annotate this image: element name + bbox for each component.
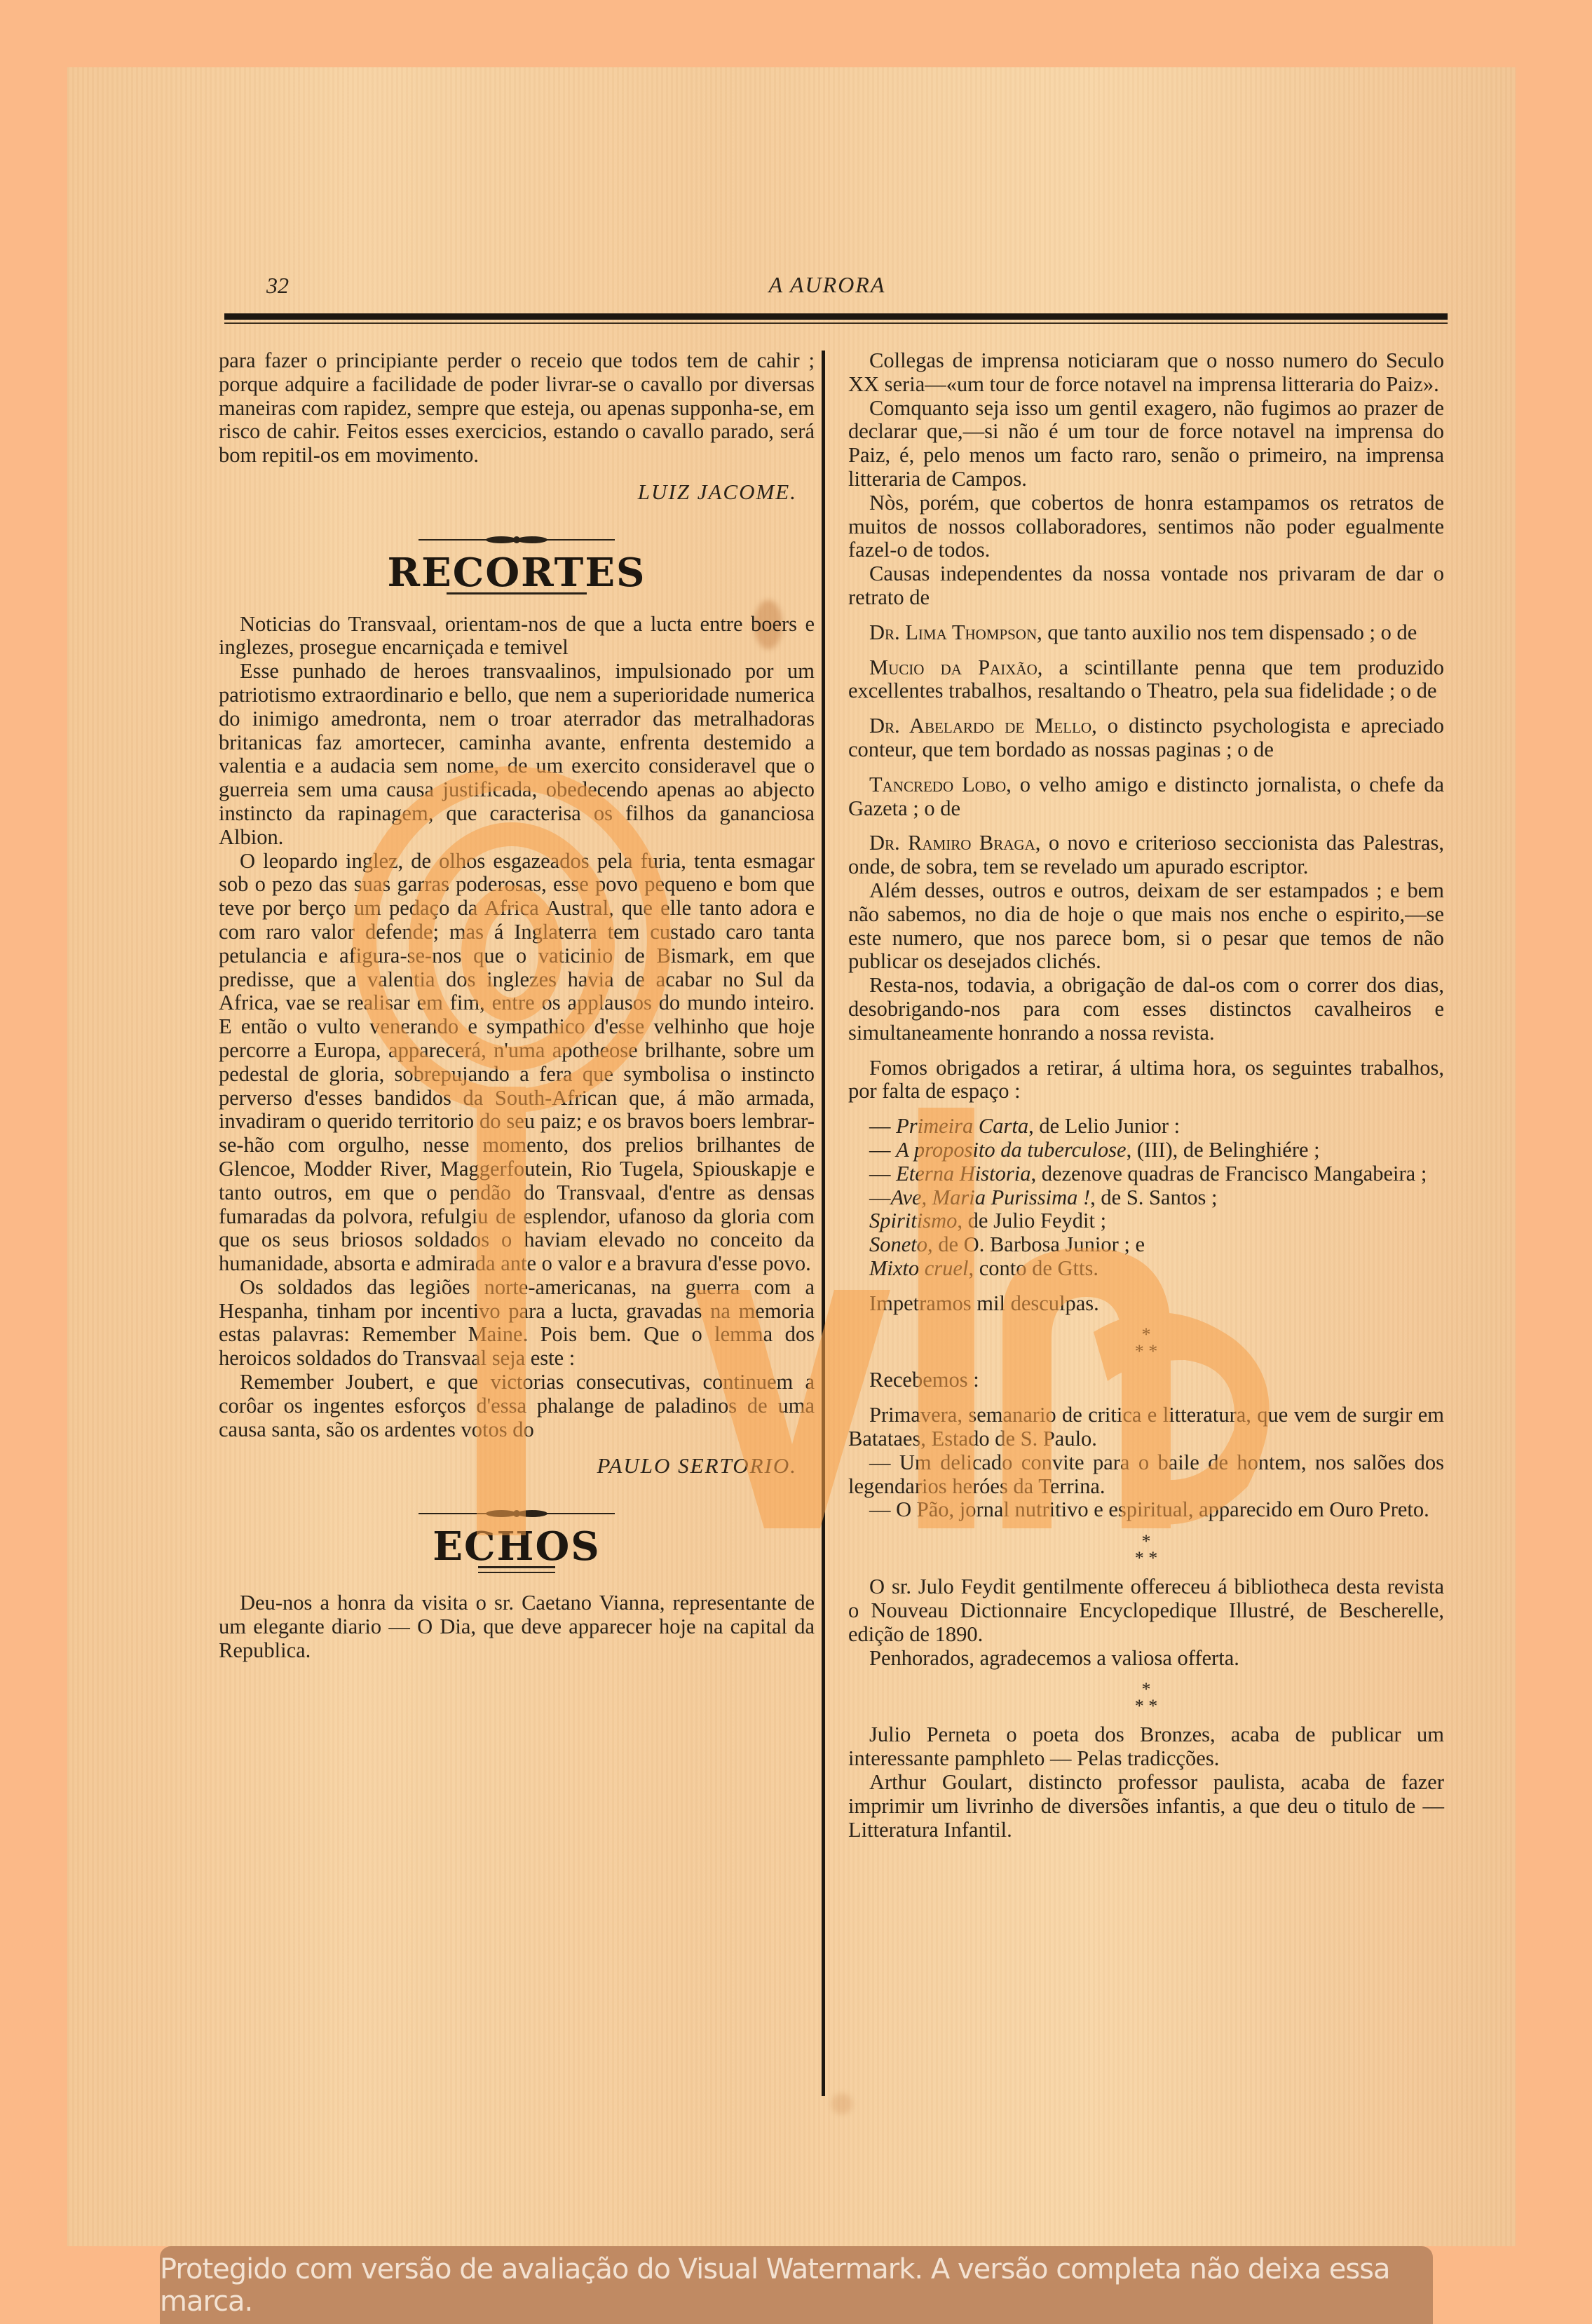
ornament-divider-icon xyxy=(419,1506,615,1521)
paragraph: Collegas de imprensa noticiaram que o no… xyxy=(848,349,1444,397)
withdrawn-item: Spiritismo, de Julio Feydit ; xyxy=(848,1209,1444,1233)
portrait-entry: Dr. Abelardo de Mello, o distincto psych… xyxy=(848,714,1444,762)
paragraph: Resta-nos, todavia, a obrigação de dal-o… xyxy=(848,974,1444,1045)
watermark-text: Protegido com versão de avaliação do Vis… xyxy=(160,2253,1433,2318)
received-item: — O Pão, jornal nutritivo e espiritual, … xyxy=(848,1498,1444,1522)
paragraph: Penhorados, agradecemos a valiosa offert… xyxy=(848,1647,1444,1671)
asterism-icon: ** * xyxy=(848,1681,1444,1715)
paragraph: Julio Perneta o poeta dos Bronzes, acaba… xyxy=(848,1723,1444,1771)
paragraph: Impetramos mil desculpas. xyxy=(848,1292,1444,1316)
paragraph: Causas independentes da nossa vontade no… xyxy=(848,562,1444,610)
paragraph: O sr. Julo Feydit gentilmente offereceu … xyxy=(848,1575,1444,1646)
watermark-banner: Protegido com versão de avaliação do Vis… xyxy=(160,2246,1433,2324)
right-column: Collegas de imprensa noticiaram que o no… xyxy=(848,349,1444,1842)
left-column: para fazer o principiante perder o recei… xyxy=(219,349,815,1662)
portrait-entry: Dr. Lima Thompson, que tanto auxilio nos… xyxy=(848,621,1444,645)
echos-paragraph: Deu-nos a honra da visita o sr. Caetano … xyxy=(219,1591,815,1662)
withdrawn-item: — Primeira Carta, de Lelio Junior : xyxy=(848,1115,1444,1139)
paragraph: Arthur Goulart, distincto professor paul… xyxy=(848,1771,1444,1842)
running-head: 32 A AURORA xyxy=(203,273,1451,301)
paragraph: Além desses, outros e outros, deixam de … xyxy=(848,879,1444,974)
paragraph: Nòs, porém, que cobertos de honra estamp… xyxy=(848,491,1444,562)
header-rule xyxy=(224,313,1448,324)
paragraph: Comquanto seja isso um gentil exagero, n… xyxy=(848,397,1444,491)
asterism-icon: ** * xyxy=(848,1326,1444,1360)
intro-signature: LUIZ JACOME. xyxy=(219,480,815,504)
received-item: — Um delicado convite para o baile de ho… xyxy=(848,1451,1444,1499)
column-rule xyxy=(822,351,825,2096)
withdrawn-item: Soneto, de O. Barbosa Junior ; e xyxy=(848,1233,1444,1257)
recortes-paragraph: Os soldados das legiões norte-americanas… xyxy=(219,1276,815,1371)
withdrawn-item: Mixto cruel, conto de Gtts. xyxy=(848,1257,1444,1281)
received-label: Recebemos : xyxy=(848,1368,1444,1392)
recortes-paragraph: Remember Joubert, e que victorias consec… xyxy=(219,1371,815,1441)
section-title-recortes: RECORTES xyxy=(219,562,815,585)
received-item: Primavera, semanario de critica e litter… xyxy=(848,1404,1444,1451)
recortes-paragraph: Esse punhado de heroes transvaalinos, im… xyxy=(219,660,815,849)
portrait-entry: Tancredo Lobo, o velho amigo e distincto… xyxy=(848,773,1444,821)
withdrawn-item: —Ave, Maria Purissima !, de S. Santos ; xyxy=(848,1186,1444,1210)
recortes-signature: PAULO SERTORIO. xyxy=(219,1454,815,1478)
asterism-icon: ** * xyxy=(848,1533,1444,1567)
ornament-divider-icon xyxy=(419,532,615,548)
journal-title: A AURORA xyxy=(203,272,1451,298)
recortes-paragraph: Noticias do Transvaal, orientam-nos de q… xyxy=(219,613,815,660)
portrait-entry: Mucio da Paixão, a scintillante penna qu… xyxy=(848,656,1444,704)
recortes-paragraph: O leopardo inglez, de olhos esgazeados p… xyxy=(219,850,815,1276)
intro-paragraph: para fazer o principiante perder o recei… xyxy=(219,349,815,468)
withdrawn-item: — Eterna Historia, dezenove quadras de F… xyxy=(848,1162,1444,1186)
paragraph: Fomos obrigados a retirar, á ultima hora… xyxy=(848,1056,1444,1104)
withdrawn-item: — A proposito da tuberculose, (III), de … xyxy=(848,1139,1444,1162)
portrait-entry: Dr. Ramiro Braga, o novo e criterioso se… xyxy=(848,831,1444,879)
section-title-echos: ECHOS xyxy=(219,1535,815,1559)
